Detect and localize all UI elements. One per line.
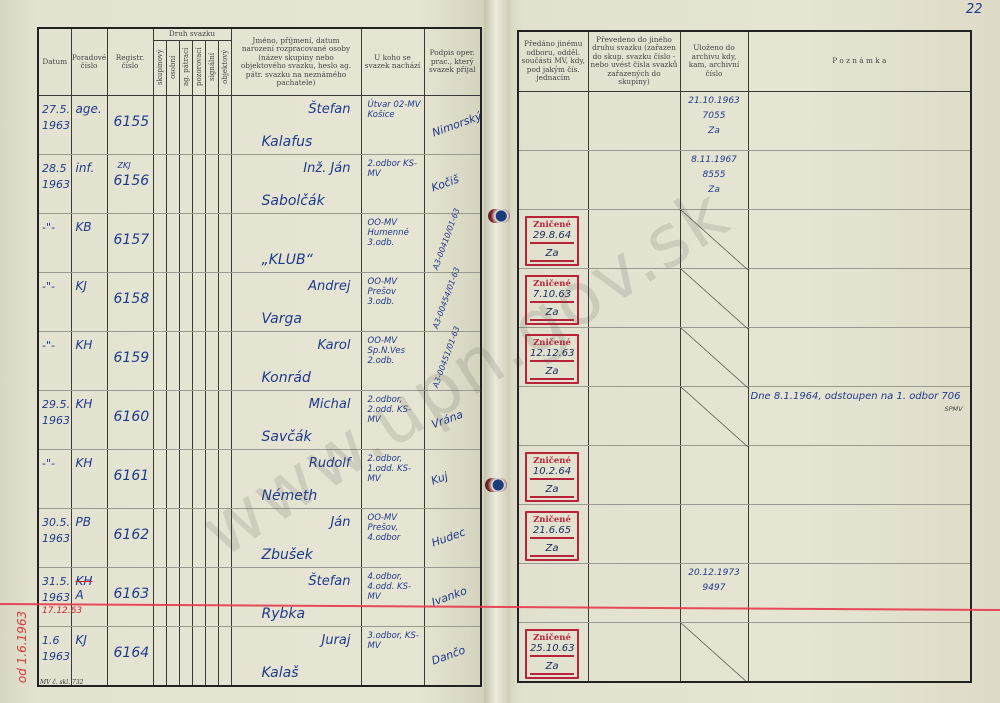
row-signature: Dančo [425, 627, 481, 685]
row-last-name: Rybka [262, 606, 306, 622]
row-name: „KLUB“ [232, 214, 361, 272]
row-unit: OO-MV Sp.N.Ves 2.odb. [362, 332, 424, 366]
row-last-name: Kalaš [262, 665, 299, 681]
row-archive [681, 328, 748, 388]
row-last-name: Varga [262, 311, 302, 327]
register-left-table: Datum Poradové číslo Registr. číslo Druh… [37, 27, 482, 687]
register-row: 1.6 1963KJ6164JurajKalaš3.odbor, KS-MVDa… [38, 627, 481, 687]
row-type: inf. [72, 155, 107, 175]
row-note [749, 623, 971, 681]
register-row: 30.5. 1963PB6162JánZbušekOO-MV Prešov, 4… [38, 509, 481, 568]
row-archive: 21.10.19637055Za [681, 92, 748, 152]
row-last-name: Konrád [262, 370, 311, 386]
row-archive: 20.12.19739497 [681, 564, 748, 624]
row-date: -"- [39, 450, 71, 472]
row-predano: Zničené12.12.63Za [519, 328, 588, 386]
cross-out-line [681, 210, 748, 270]
header-druh-sub: osobní [169, 41, 177, 93]
register-row-right: Zničené12.12.63Za [518, 327, 971, 386]
row-note [749, 446, 971, 504]
row-predano: Zničené7.10.63Za [519, 269, 588, 327]
row-name: ŠtefanKalafus [232, 96, 361, 154]
row-predano: Zničené10.2.64Za [519, 446, 588, 504]
row-note [749, 328, 971, 386]
form-code: MV č. skl. 732 [40, 679, 83, 686]
row-first-name: Inž. Ján [303, 161, 350, 176]
row-name: ŠtefanRybka [232, 568, 361, 626]
header-poznamka: P o z n á m k a [748, 31, 971, 91]
row-unit: OO-MV Humenné 3.odb. [362, 214, 424, 248]
register-row-right: Zničené7.10.63Za [518, 268, 971, 327]
header-u-koho: U koho se svazek nachází [361, 28, 424, 96]
row-first-name: Ján [330, 515, 350, 530]
page-number: 22 [966, 2, 983, 17]
row-date: 31.5. 196317.12.63 [39, 568, 71, 616]
row-type: KH [72, 391, 107, 411]
row-note [749, 151, 971, 209]
row-date: -"- [39, 214, 71, 236]
header-ulozeno: Uloženo do archivu kdy, kam, archivní čí… [680, 31, 748, 91]
row-signature: A3-00451/01-63 [425, 332, 481, 390]
row-signature: A3-00410/01-63 [425, 214, 481, 272]
row-last-name: Kalafus [262, 134, 313, 150]
register-row-right: 8.11.19678555Za [518, 150, 971, 209]
row-predano [519, 387, 588, 445]
register-row: -"-KJ6158AndrejVargaOO-MV Prešov 3.odb.A… [38, 273, 481, 332]
row-name: JurajKalaš [232, 627, 361, 685]
row-reg: 6157 [108, 214, 153, 272]
row-unit: 3.odbor, KS-MV [362, 627, 424, 651]
row-archive [681, 505, 748, 565]
register-row-right: Zničené10.2.64Za [518, 445, 971, 504]
row-date: 30.5. 1963 [39, 509, 71, 547]
header-datum: Datum [38, 28, 71, 96]
row-unit: Útvar 02-MV Košice [362, 96, 424, 120]
register-row: -"-KB6157„KLUB“OO-MV Humenné 3.odb.A3-00… [38, 214, 481, 273]
destroyed-stamp: Zničené25.10.63Za [525, 629, 579, 679]
row-date: 28.5 1963 [39, 155, 71, 193]
row-signature: Ivanko [425, 568, 481, 626]
header-prevedeno: Převedeno do jiného druhu svazku (zařaze… [588, 31, 680, 91]
row-last-name: „KLUB“ [262, 252, 313, 268]
row-archive [681, 210, 748, 270]
row-first-name: Štefan [308, 102, 350, 117]
header-druh-sub: signální [208, 41, 216, 93]
row-reg: 6155 [108, 96, 153, 154]
row-signature: Nimorský [425, 96, 481, 154]
register-row: 31.5. 196317.12.63KHA6163ŠtefanRybka4.od… [38, 568, 481, 627]
row-archive [681, 623, 748, 683]
row-signature: Kuj [425, 450, 481, 508]
cross-out-line [681, 328, 748, 388]
row-archive [681, 387, 748, 447]
destroyed-stamp: Zničené21.6.65Za [525, 511, 579, 561]
register-row-right: Zničené21.6.65Za [518, 504, 971, 563]
row-reg: 6164 [108, 627, 153, 685]
row-unit: OO-MV Prešov, 4.odbor [362, 509, 424, 543]
register-row: 29.5. 1963KH6160MichalSavčák2.odbor, 2.o… [38, 391, 481, 450]
row-name: AndrejVarga [232, 273, 361, 331]
header-registr: Registr. číslo [107, 28, 153, 96]
register-row-right: 20.12.19739497 [518, 563, 971, 622]
header-predano: Předáno jinému odboru, odděl. součásti M… [518, 31, 588, 91]
row-date: 29.5. 1963 [39, 391, 71, 429]
row-date: 1.6 1963 [39, 627, 71, 665]
header-druh-sub: objektový [221, 41, 229, 93]
row-date: -"- [39, 332, 71, 354]
register-right-table: Předáno jinému odboru, odděl. součásti M… [517, 30, 972, 683]
row-type: KHA [72, 568, 107, 602]
row-type: KH [72, 332, 107, 352]
row-name: KarolKonrád [232, 332, 361, 390]
row-unit: 2.odbor, 1.odd. KS-MV [362, 450, 424, 484]
row-predano: Zničené29.8.64Za [519, 210, 588, 268]
binder-ring-icon [488, 209, 510, 223]
row-type: KJ [72, 627, 107, 647]
header-druh-sub: ag. pátrací [182, 41, 190, 93]
row-last-name: Németh [262, 488, 318, 504]
register-row-right: Dne 8.1.1964, odstoupen na 1. odbor 706S… [518, 386, 971, 445]
row-signature: A3-00454/01-63 [425, 273, 481, 331]
row-archive [681, 269, 748, 329]
destroyed-stamp: Zničené29.8.64Za [525, 216, 579, 266]
row-predano: Zničené21.6.65Za [519, 505, 588, 563]
row-type: KH [72, 450, 107, 470]
margin-note: od 1.6.1963 [15, 611, 29, 683]
row-first-name: Michal [309, 397, 351, 412]
register-row-right: 21.10.19637055Za [518, 91, 971, 150]
row-reg: 6158 [108, 273, 153, 331]
row-first-name: Juraj [322, 633, 351, 648]
row-reg: ZKJ6156 [108, 155, 153, 213]
register-row-right: Zničené25.10.63Za [518, 622, 971, 682]
row-first-name: Rudolf [309, 456, 351, 471]
row-reg: 6161 [108, 450, 153, 508]
row-type-extra: A [76, 588, 107, 602]
row-last-name: Savčák [262, 429, 312, 445]
row-note: Dne 8.1.1964, odstoupen na 1. odbor 706S… [749, 387, 971, 445]
row-signature: Vrána [425, 391, 481, 449]
row-name: MichalSavčák [232, 391, 361, 449]
cross-out-line [681, 269, 748, 329]
row-reg: 6163 [108, 568, 153, 626]
row-last-name: Zbušek [262, 547, 313, 563]
row-reg: 6159 [108, 332, 153, 390]
row-name: RudolfNémeth [232, 450, 361, 508]
row-note [749, 210, 971, 268]
row-type: KJ [72, 273, 107, 293]
row-archive [681, 446, 748, 506]
binder-ring-icon [485, 478, 507, 492]
register-row: -"-KH6159KarolKonrádOO-MV Sp.N.Ves 2.odb… [38, 332, 481, 391]
row-last-name: Sabolčák [262, 193, 325, 209]
row-first-name: Andrej [308, 279, 350, 294]
header-druh: Druh svazku [153, 28, 231, 40]
row-reg: 6160 [108, 391, 153, 449]
destroyed-stamp: Zničené10.2.64Za [525, 452, 579, 502]
row-note [749, 564, 971, 622]
row-date-red: 17.12.63 [42, 606, 71, 616]
register-row: 27.5. 1963age.6155ŠtefanKalafusÚtvar 02-… [38, 96, 481, 155]
row-type: KB [72, 214, 107, 234]
row-note [749, 92, 971, 150]
row-archive: 8.11.19678555Za [681, 151, 748, 211]
cross-out-line [681, 387, 748, 447]
register-row: 28.5 1963inf.ZKJ6156Inž. JánSabolčák2.od… [38, 155, 481, 214]
row-date: 27.5. 1963 [39, 96, 71, 134]
row-type: PB [72, 509, 107, 529]
header-podpis: Podpis oper. prac., který svazek přijal [424, 28, 481, 96]
row-unit: 2.odbor KS-MV [362, 155, 424, 179]
register-row-right: Zničené29.8.64Za [518, 209, 971, 268]
row-unit: OO-MV Prešov 3.odb. [362, 273, 424, 307]
binding-gutter [484, 0, 510, 703]
header-jmeno: Jméno, příjmení, datum narození rozpraco… [231, 28, 361, 96]
row-type: age. [72, 96, 107, 116]
row-first-name: Štefan [308, 574, 350, 589]
row-note [749, 269, 971, 327]
row-unit: 2.odbor, 2.odd. KS-MV [362, 391, 424, 425]
row-date: -"- [39, 273, 71, 295]
destroyed-stamp: Zničené12.12.63Za [525, 334, 579, 384]
row-predano [519, 564, 588, 622]
header-poradove: Poradové číslo [71, 28, 107, 96]
register-row: -"-KH6161RudolfNémeth2.odbor, 1.odd. KS-… [38, 450, 481, 509]
cross-out-line [681, 623, 748, 683]
row-note [749, 505, 971, 563]
row-predano: Zničené25.10.63Za [519, 623, 588, 681]
destroyed-stamp: Zničené7.10.63Za [525, 275, 579, 325]
header-druh-sub: skupinový [156, 41, 164, 93]
row-predano [519, 151, 588, 209]
row-name: Inž. JánSabolčák [232, 155, 361, 213]
header-druh-sub: pozorovací [195, 41, 203, 93]
row-signature: Hudec [425, 509, 481, 567]
row-unit: 4.odbor, 4.odd. KS-MV [362, 568, 424, 602]
row-name: JánZbušek [232, 509, 361, 567]
row-reg: 6162 [108, 509, 153, 567]
row-signature: Kočiš [425, 155, 481, 213]
row-first-name: Karol [318, 338, 351, 353]
row-predano [519, 92, 588, 150]
